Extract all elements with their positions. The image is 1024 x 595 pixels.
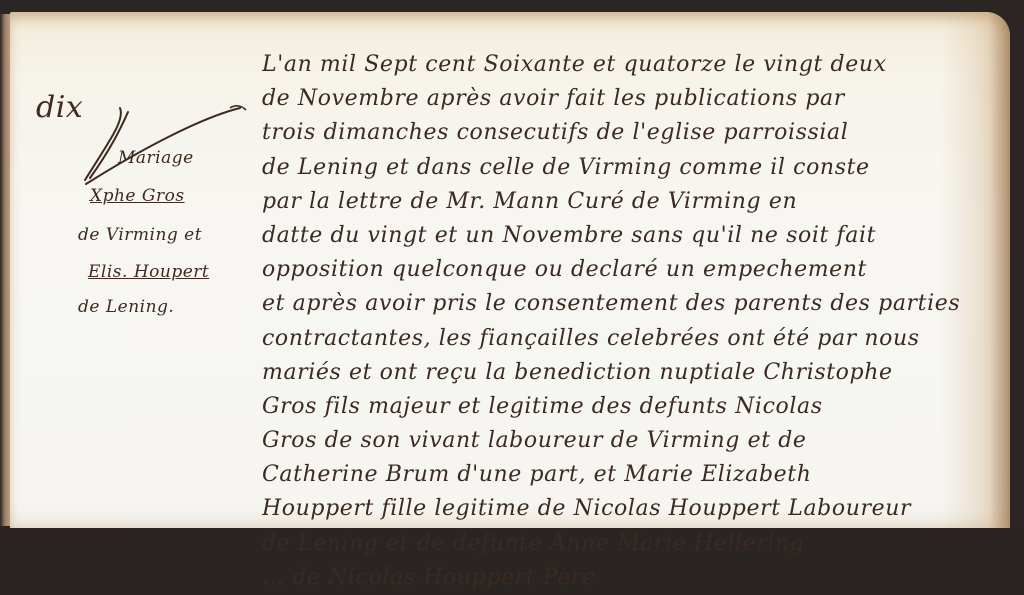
record-line: de Lening et dans celle de Virming comme…: [262, 151, 1002, 185]
entry-number: dix: [36, 90, 83, 125]
record-line: par la lettre de Mr. Mann Curé de Virmin…: [262, 185, 1002, 219]
record-line: datte du vingt et un Novembre sans qu'il…: [262, 219, 1002, 253]
margin-note-bride-village: de Lening.: [78, 297, 174, 317]
record-line: L'an mil Sept cent Soixante et quatorze …: [262, 48, 1002, 82]
margin-note-groom: Xphe Gros: [90, 186, 185, 206]
record-line: mariés et ont reçu la benediction nuptia…: [262, 356, 1002, 390]
record-line: et après avoir pris le consentement des …: [262, 287, 1002, 321]
record-line: trois dimanches consecutifs de l'eglise …: [262, 116, 1002, 150]
record-line: Houppert fille legitime de Nicolas Houpp…: [262, 492, 1002, 526]
record-line: opposition quelconque ou declaré un empe…: [262, 253, 1002, 287]
margin-note-groom-village: de Virming et: [78, 225, 202, 245]
record-body: L'an mil Sept cent Soixante et quatorze …: [262, 48, 1002, 526]
margin-note-bride: Elis. Houpert: [88, 262, 209, 282]
record-line: contractantes, les fiançailles celebrées…: [262, 322, 1002, 356]
record-line: Gros de son vivant laboureur de Virming …: [262, 424, 1002, 458]
record-line: de Novembre après avoir fait les publica…: [262, 82, 1002, 116]
record-line: Gros fils majeur et legitime des defunts…: [262, 390, 1002, 424]
record-line: Catherine Brum d'une part, et Marie Eliz…: [262, 458, 1002, 492]
margin-note-marriage: Mariage: [118, 148, 194, 168]
margin-flourish: [80, 100, 250, 190]
